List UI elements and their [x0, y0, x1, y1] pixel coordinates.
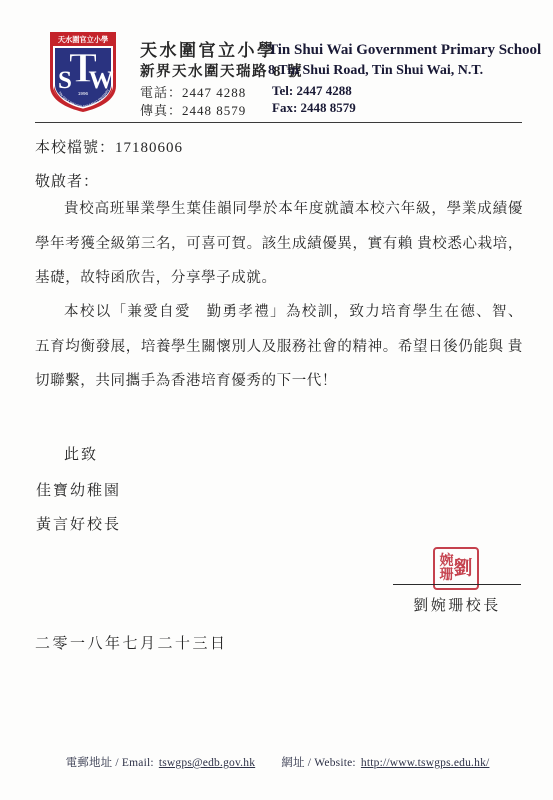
paragraph-line: 貴校高班畢業學生葉佳韻同學於本年度就讀本校六年級，學業成績優異，於全 — [35, 192, 523, 227]
ref-number: 本校檔號：17180606 — [35, 136, 183, 157]
school-name-english: Tin Shui Wai Government Primary School — [268, 42, 541, 59]
svg-text:S: S — [58, 67, 72, 94]
closing-phrase: 此致 — [64, 443, 98, 464]
fax-chinese: 傳真：2448 8579 — [140, 100, 246, 119]
paragraph-line: 本校以「兼愛自愛 勤勇孝禮」為校訓，致力培育學生在德、智、體、群、美 — [35, 295, 523, 330]
tel-english: Tel: 2447 4288 — [272, 83, 352, 99]
signature-line — [393, 584, 521, 585]
website-label: 網址 / Website: — [281, 757, 356, 769]
svg-text:W: W — [89, 67, 114, 94]
school-crest-icon: 天水圍官立小學 T S W 1996 TIN SHUI WAI GOVERNME… — [48, 30, 118, 114]
seal-char: 劉 — [453, 559, 472, 578]
recipient-principal: 黃言好校長 — [36, 513, 121, 534]
school-logo: 天水圍官立小學 T S W 1996 TIN SHUI WAI GOVERNME… — [48, 30, 118, 114]
letterhead-divider — [35, 122, 522, 123]
svg-text:天水圍官立小學: 天水圍官立小學 — [58, 35, 109, 44]
website-link[interactable]: http://www.tswgps.edu.hk/ — [361, 757, 490, 769]
seal-char: 婉 — [439, 555, 453, 569]
paragraph-line: 學年考獲全級第三名，可喜可賀。該生成績優異，實有賴 貴校悉心栽培，奠下穩健 — [35, 227, 523, 262]
letter-page: 天水圍官立小學 T S W 1996 TIN SHUI WAI GOVERNME… — [0, 0, 553, 800]
letter-footer: 電郵地址 / Email: tswgps@edb.gov.hk 網址 / Web… — [0, 754, 553, 770]
paragraph-line: 切聯繫，共同攜手為香港培育優秀的下一代！ — [35, 364, 523, 399]
fax-english: Fax: 2448 8579 — [272, 100, 356, 116]
letter-date: 二零一八年七月二十三日 — [35, 632, 228, 653]
signature-name: 劉婉珊校長 — [393, 594, 521, 615]
seal-char: 珊 — [439, 569, 453, 583]
svg-text:1996: 1996 — [78, 91, 89, 96]
body-paragraph-2: 本校以「兼愛自愛 勤勇孝禮」為校訓，致力培育學生在德、智、體、群、美 五育均衡發… — [35, 295, 523, 399]
recipient-school: 佳寶幼稚園 — [36, 479, 121, 500]
email-label: 電郵地址 / Email: — [66, 757, 154, 769]
salutation: 敬啟者： — [35, 170, 99, 191]
school-address-english: 8 Tin Shui Road, Tin Shui Wai, N.T. — [268, 63, 483, 79]
phone-chinese: 電話：2447 4288 — [140, 82, 246, 101]
paragraph-line: 五育均衡發展，培養學生關懷別人及服務社會的精神。希望日後仍能與 貴校保持密 — [35, 330, 523, 365]
seal-left-column: 婉 珊 — [439, 555, 453, 583]
body-paragraph-1: 貴校高班畢業學生葉佳韻同學於本年度就讀本校六年級，學業成績優異，於全 學年考獲全… — [35, 192, 523, 296]
paragraph-line: 基礎，故特函欣告，分享學子成就。 — [35, 261, 523, 296]
email-link[interactable]: tswgps@edb.gov.hk — [159, 757, 255, 769]
school-name-chinese: 天水圍官立小學 — [140, 36, 277, 61]
